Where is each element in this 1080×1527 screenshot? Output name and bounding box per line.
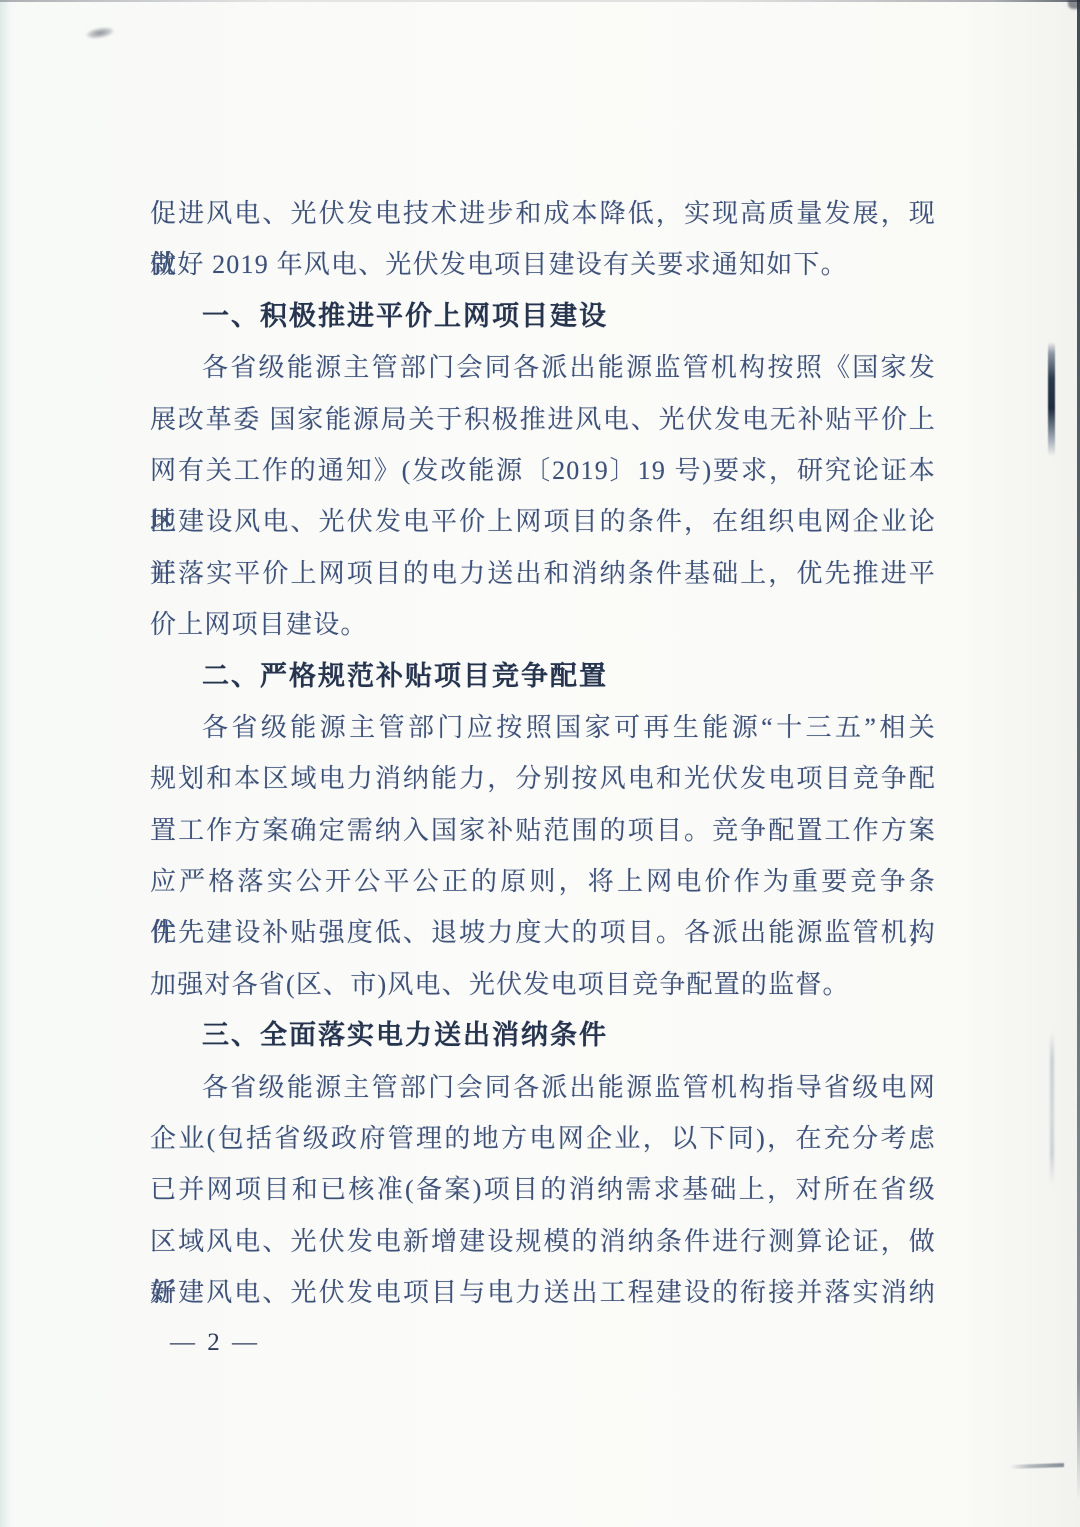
text-line: 企业(包括省级政府管理的地方电网企业，以下同)，在充分考虑 bbox=[150, 1113, 936, 1164]
text-line: 应严格落实公开公平公正的原则，将上网电价作为重要竞争条件， bbox=[150, 856, 936, 907]
text-line: 各省级能源主管部门会同各派出能源监管机构指导省级电网 bbox=[150, 1062, 936, 1113]
text-line: 区建设风电、光伏发电平价上网项目的条件，在组织电网企业论证 bbox=[150, 496, 936, 547]
scan-left-edge-tint bbox=[0, 0, 10, 1527]
text-line: 置工作方案确定需纳入国家补贴范围的项目。竞争配置工作方案 bbox=[150, 805, 936, 856]
scan-dash-mark-bottom bbox=[1010, 1463, 1064, 1469]
section-heading: 三、全面落实电力送出消纳条件 bbox=[150, 1010, 936, 1061]
section-heading: 二、严格规范补贴项目竞争配置 bbox=[150, 651, 936, 702]
text-line: 各省级能源主管部门会同各派出能源监管机构按照《国家发 bbox=[150, 342, 936, 393]
text-line: 做好 2019 年风电、光伏发电项目建设有关要求通知如下。 bbox=[150, 239, 936, 290]
text-line: 区域风电、光伏发电新增建设规模的消纳条件进行测算论证，做好 bbox=[150, 1216, 936, 1267]
text-line: 各省级能源主管部门应按照国家可再生能源“十三五”相关 bbox=[150, 702, 936, 753]
text-line: 促进风电、光伏发电技术进步和成本降低，实现高质量发展，现就 bbox=[150, 188, 936, 239]
scan-faint-line-right bbox=[1050, 1032, 1054, 1184]
scan-top-right-corner bbox=[1068, 0, 1080, 9]
text-line: 价上网项目建设。 bbox=[150, 599, 936, 650]
text-line: 已并网项目和已核准(备案)项目的消纳需求基础上，对所在省级 bbox=[150, 1164, 936, 1215]
text-line: 并落实平价上网项目的电力送出和消纳条件基础上，优先推进平 bbox=[150, 548, 936, 599]
text-line: 优先建设补贴强度低、退坡力度大的项目。各派出能源监管机构 bbox=[150, 907, 936, 958]
text-line: 网有关工作的通知》(发改能源〔2019〕19 号)要求，研究论证本地 bbox=[150, 445, 936, 496]
text-line: 新建风电、光伏发电项目与电力送出工程建设的衔接并落实消纳 bbox=[150, 1267, 936, 1318]
document-body: 促进风电、光伏发电技术进步和成本降低，实现高质量发展，现就做好 2019 年风电… bbox=[150, 188, 936, 1319]
text-line: 加强对各省(区、市)风电、光伏发电项目竞争配置的监督。 bbox=[150, 959, 936, 1010]
page-number: — 2 — bbox=[170, 1327, 260, 1359]
document-page: 促进风电、光伏发电技术进步和成本降低，实现高质量发展，现就做好 2019 年风电… bbox=[0, 0, 1080, 1527]
section-heading: 一、积极推进平价上网项目建设 bbox=[150, 291, 936, 342]
scan-pen-mark-right bbox=[1048, 342, 1055, 456]
scan-smudge-top-left bbox=[85, 26, 114, 41]
scan-top-edge-line bbox=[0, 0, 1080, 2]
text-line: 规划和本区域电力消纳能力，分别按风电和光伏发电项目竞争配 bbox=[150, 753, 936, 804]
text-line: 展改革委 国家能源局关于积极推进风电、光伏发电无补贴平价上 bbox=[150, 394, 936, 445]
